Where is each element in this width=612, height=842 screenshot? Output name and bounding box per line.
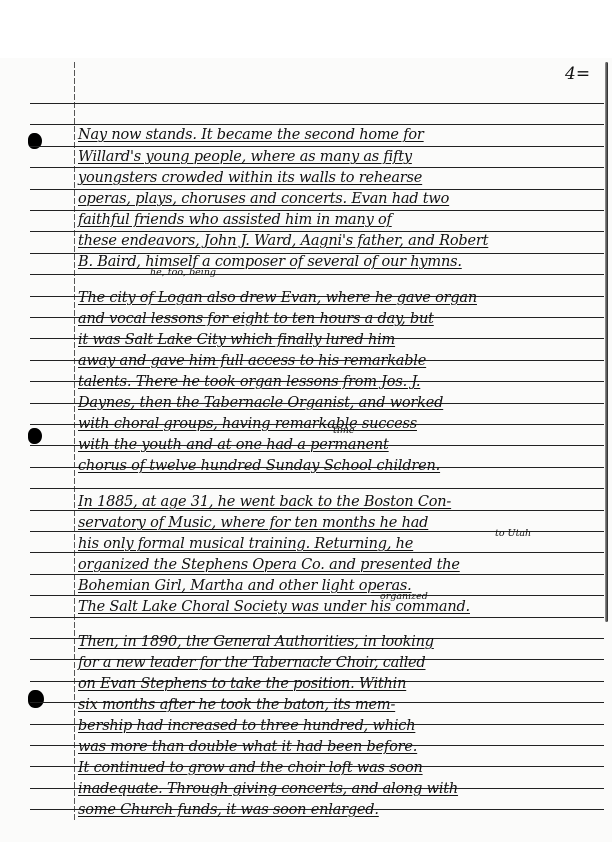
- text-line: organized the Stephens Opera Co. and pre…: [78, 556, 600, 574]
- ruled-line: [30, 617, 604, 618]
- text-line: his only formal musical training. Return…: [78, 535, 600, 553]
- text-line: six months after he took the baton, its …: [78, 696, 600, 714]
- ruled-line: [30, 274, 604, 275]
- punch-hole-middle: [28, 428, 42, 444]
- text-line: and vocal lessons for eight to ten hours…: [78, 310, 600, 328]
- page-edge-shadow: [605, 62, 608, 622]
- text-line: these endeavors, John J. Ward, Aagni's f…: [78, 232, 600, 250]
- text-line: talents. There he took organ lessons fro…: [78, 373, 600, 391]
- handwritten-insertion: he, too, being: [150, 267, 216, 278]
- text-line: Daynes, then the Tabernacle Organist, an…: [78, 394, 600, 412]
- punch-hole-bottom: [28, 690, 44, 708]
- text-line: away and gave him full access to his rem…: [78, 352, 600, 370]
- ruled-line: [30, 574, 604, 575]
- ruled-line: [30, 103, 604, 104]
- ruled-line: [30, 124, 604, 125]
- text-line: bership had increased to three hundred, …: [78, 717, 600, 735]
- text-line: for a new leader for the Tabernacle Choi…: [78, 654, 600, 672]
- text-line: on Evan Stephens to take the position. W…: [78, 675, 600, 693]
- text-line: faithful friends who assisted him in man…: [78, 211, 600, 229]
- text-line: It continued to grow and the choir loft …: [78, 759, 600, 777]
- text-line: with the youth and at one had a permanen…: [78, 436, 600, 454]
- text-line: The Salt Lake Choral Society was under h…: [78, 598, 600, 616]
- margin-line: [74, 62, 75, 822]
- text-line: was more than double what it had been be…: [78, 738, 600, 756]
- text-line: youngsters crowded within its walls to r…: [78, 169, 600, 187]
- text-line: Then, in 1890, the General Authorities, …: [78, 633, 600, 651]
- text-line: it was Salt Lake City which finally lure…: [78, 331, 600, 349]
- text-line: Bohemian Girl, Martha and other light op…: [78, 577, 600, 595]
- ruled-line: [30, 595, 604, 596]
- ruled-line: [30, 167, 604, 168]
- page-number: 4=: [565, 64, 590, 84]
- text-line: Nay now stands. It became the second hom…: [78, 126, 600, 144]
- text-line: operas, plays, choruses and concerts. Ev…: [78, 190, 600, 208]
- handwritten-insertion: time: [333, 425, 355, 436]
- text-line: some Church funds, it was soon enlarged.: [78, 801, 600, 819]
- text-line: In 1885, at age 31, he went back to the …: [78, 493, 600, 511]
- text-line: chorus of twelve hundred Sunday School c…: [78, 457, 600, 475]
- text-line: Willard's young people, where as many as…: [78, 148, 600, 166]
- ruled-line: [30, 146, 604, 147]
- text-line: inadequate. Through giving concerts, and…: [78, 780, 600, 798]
- ruled-line: [30, 488, 604, 489]
- text-line: The city of Logan also drew Evan, where …: [78, 289, 600, 307]
